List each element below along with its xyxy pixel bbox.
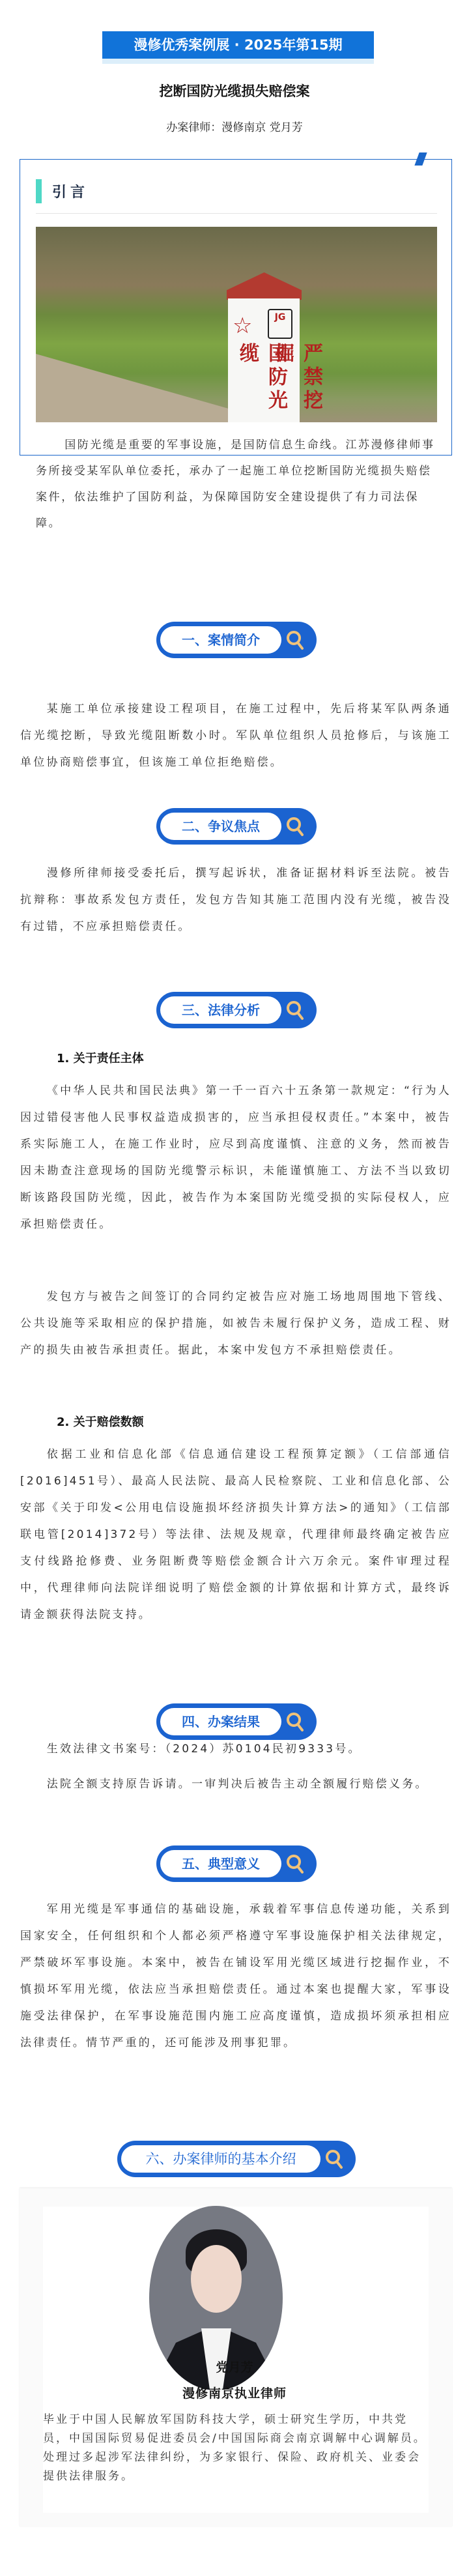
issue-banner: 漫修优秀案例展 · 2025年第15期: [102, 31, 374, 64]
case-number: 生效法律文书案号：（2024）苏0104民初9333号。: [20, 1736, 451, 1763]
paragraph: 漫修所律师接受委托后，撰写起诉状，准备证据材料诉至法院。被告抗辩称：事故系发包方…: [20, 860, 451, 940]
paragraph: 某施工单位承接建设工程项目，在施工过程中，先后将某军队两条通信光缆挖断，导致光缆…: [20, 696, 451, 776]
paragraph: 依据工业和信息化部《信息通信建设工程预算定额》（工信部通信[2016]451号）…: [20, 1441, 451, 1628]
marker-badge: JG: [268, 309, 292, 339]
issue-banner-text: 漫修优秀案例展 · 2025年第15期: [102, 31, 374, 59]
section-pill-lawyer-intro: 六、办案律师的基本介绍: [117, 2141, 356, 2177]
search-icon: [285, 1711, 305, 1732]
section-title: 三、法律分析: [160, 996, 281, 1024]
star-icon: ☆: [233, 313, 252, 339]
lawyer-role: 漫修南京执业律师: [0, 2384, 469, 2401]
section-title: 五、典型意义: [160, 1850, 281, 1877]
intro-heading: 引言: [36, 179, 89, 203]
paragraph: 《中华人民共和国民法典》第一千一百六十五条第一款规定：“行为人因过错侵害他人民事…: [20, 1078, 451, 1238]
section-pill-case-summary: 一、案情简介: [156, 622, 317, 658]
search-icon: [285, 630, 305, 650]
intro-box: 引言 ☆ JG 国防光缆 严禁挖掘 国防光缆是重要的军事设施，是国防信息生命线。…: [20, 159, 452, 456]
section-pill-significance: 五、典型意义: [156, 1845, 317, 1882]
intro-photo: ☆ JG 国防光缆 严禁挖掘: [36, 227, 437, 422]
lawyer-bio: 毕业于中国人民解放军国防科技大学，硕士研究生学历，中共党员，中国国际贸易促进委员…: [43, 2410, 431, 2486]
section-title: 六、办案律师的基本介绍: [121, 2145, 320, 2173]
search-icon: [285, 816, 305, 837]
divider: [36, 213, 437, 214]
subsection-heading: 2. 关于赔偿数额: [57, 1413, 144, 1430]
subsection-heading: 1. 关于责任主体: [57, 1049, 144, 1066]
search-icon: [285, 1853, 305, 1874]
issue-banner-underline: [102, 59, 374, 64]
section-title: 二、争议焦点: [160, 813, 281, 840]
accent-bar: [36, 179, 42, 203]
portrait-face: [191, 2245, 242, 2313]
search-icon: [324, 2149, 344, 2169]
marker-post-cap: [227, 272, 302, 300]
paragraph: 军用光缆是军事通信的基础设施，承载着军事信息传递功能，关系到国家安全，任何组织和…: [20, 1896, 451, 2057]
paragraph: 发包方与被告之间签订的合同约定被告应对施工场地周围地下管线、公共设施等采取相应的…: [20, 1284, 451, 1364]
section-pill-legal-analysis: 三、法律分析: [156, 992, 317, 1028]
paragraph: 法院全额支持原告诉请。一审判决后被告主动全额履行赔偿义务。: [20, 1771, 451, 1798]
lawyer-line: 办案律师：漫修南京 党月芳: [0, 118, 469, 134]
section-pill-dispute-focus: 二、争议焦点: [156, 808, 317, 845]
section-title: 一、案情简介: [160, 626, 281, 654]
search-icon: [285, 1000, 305, 1020]
section-title: 四、办案结果: [160, 1708, 281, 1735]
intro-text: 国防光缆是重要的军事设施，是国防信息生命线。江苏漫修律师事务所接受某军队单位委托…: [36, 432, 437, 536]
case-title: 挖断国防光缆损失赔偿案: [0, 81, 469, 100]
section-pill-case-result: 四、办案结果: [156, 1703, 317, 1740]
marker-right-text: 严禁挖掘: [268, 343, 325, 422]
lawyer-name: 党月芳: [0, 2358, 469, 2375]
intro-title: 引言: [52, 181, 89, 201]
